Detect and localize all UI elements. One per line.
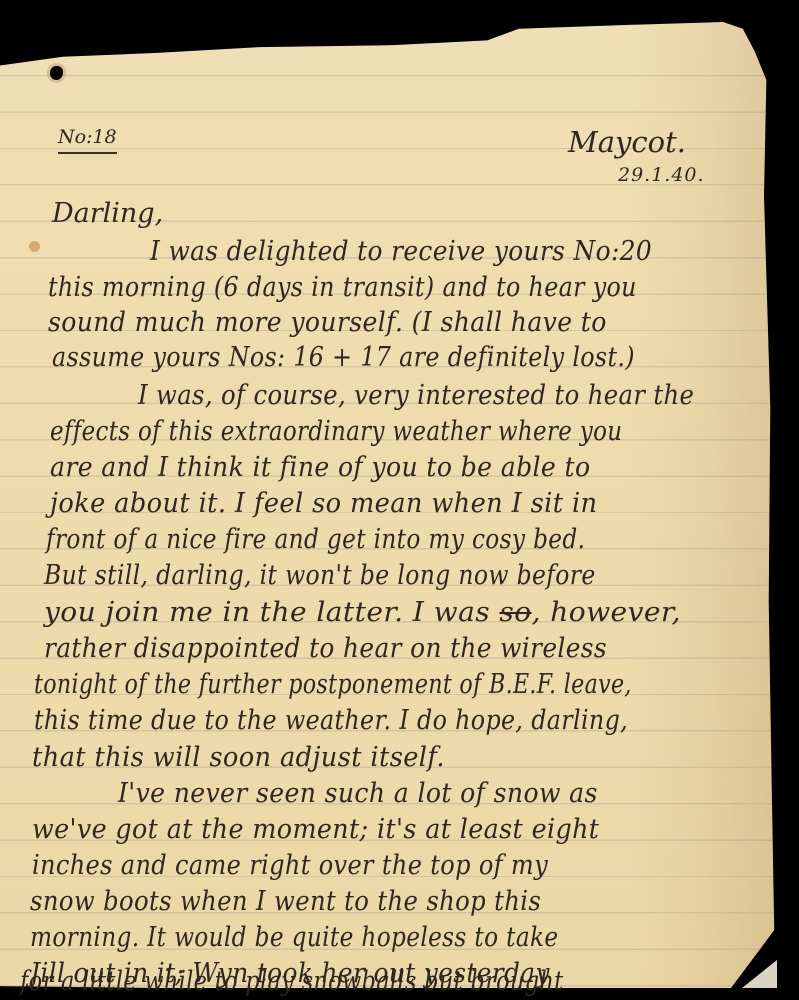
letter-line-tail: , however,	[532, 597, 681, 628]
letter-line: effects of this extraordinary weather wh…	[50, 416, 622, 447]
letter-line: snow boots when I went to the shop this	[30, 886, 541, 917]
letter-number: No:18	[58, 126, 117, 154]
letter-line: I was, of course, very interested to hea…	[138, 380, 694, 411]
letter-line: morning. It would be quite hopeless to t…	[30, 922, 559, 953]
letter-line: front of a nice fire and get into my cos…	[46, 524, 585, 555]
letter-line: tonight of the further postponement of B…	[34, 669, 632, 700]
letter-line-text: you join me in the latter. I was	[44, 597, 490, 628]
letter-line: inches and came right over the top of my	[32, 850, 548, 881]
letter-line: we've got at the moment; it's at least e…	[32, 814, 599, 845]
letter-line: you join me in the latter. I was so, how…	[44, 597, 681, 628]
letter-place: Maycot.	[568, 125, 686, 159]
letter-line: that this will soon adjust itself.	[32, 742, 445, 773]
letter-line: sound much more yourself. (I shall have …	[48, 307, 607, 338]
folded-corner	[742, 960, 777, 988]
letter-line: this morning (6 days in transit) and to …	[48, 272, 637, 303]
letter-line: I was delighted to receive yours No:20	[150, 236, 652, 267]
letter-date: 29.1.40.	[618, 164, 705, 186]
letter-line: rather disappointed to hear on the wirel…	[44, 633, 607, 664]
ink-stain	[29, 241, 40, 252]
letter-line: I've never seen such a lot of snow as	[118, 778, 598, 809]
letter-line: But still, darling, it won't be long now…	[44, 560, 596, 591]
letter-line: assume yours Nos: 16 + 17 are definitely…	[52, 342, 635, 373]
salutation: Darling,	[52, 198, 163, 229]
letter-line: for a little while to play snowballs but…	[20, 966, 564, 997]
letter-line: are and I think it fine of you to be abl…	[50, 452, 590, 483]
struck-word: so	[499, 597, 531, 628]
letter-line: joke about it. I feel so mean when I sit…	[50, 488, 597, 519]
letter-line: this time due to the weather. I do hope,…	[34, 705, 628, 736]
